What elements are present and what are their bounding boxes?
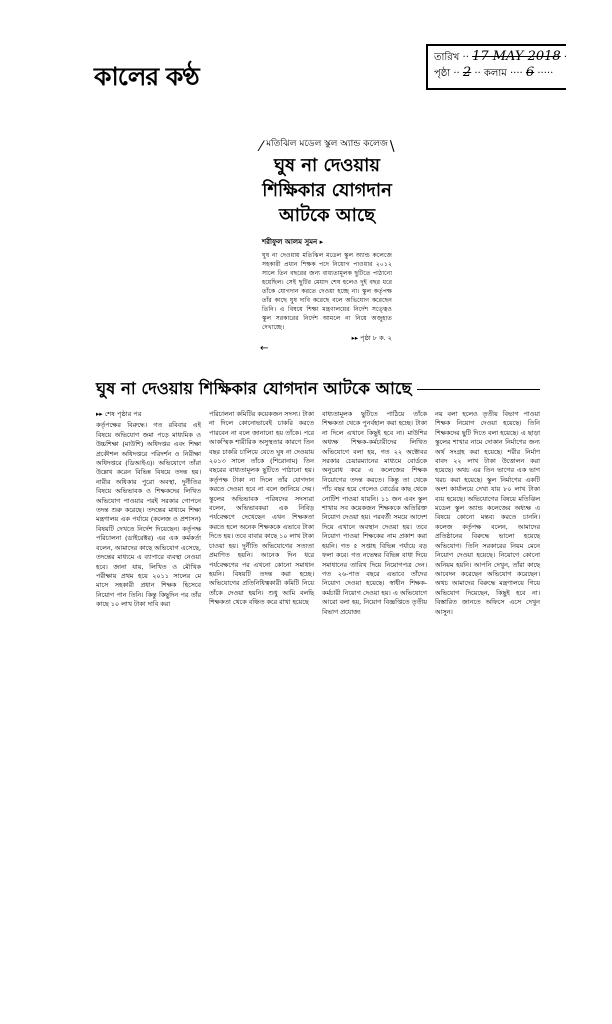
stamp-column-value: 6 (526, 65, 534, 80)
stamp-page-value: 2 (463, 65, 471, 80)
column-text: নয় বলা হলেও তৃতীয় বিভাগ পাওয়া শিক্ষক … (435, 410, 540, 617)
article-header: ঘুষ না দেওয়ায় শিক্ষিকার যোগদান আটকে আছ… (96, 376, 540, 403)
column-text: বাধ্যতামূলক ছুটিতে পাঠিয়ে তাঁকে শিক্ষকত… (322, 410, 427, 617)
title-rule-divider (417, 389, 540, 390)
clip-mark-left-icon: ⁄ (260, 140, 262, 154)
clip-mark-right-icon: ∖ (387, 140, 396, 154)
stamp-date-label: তারিখ (434, 52, 459, 63)
newspaper-masthead: কালের কণ্ঠ (94, 62, 199, 92)
front-page-teaser: ⁄ ∖ মতিঝিল মডেল স্কুল অ্যান্ড কলেজ ঘুষ ন… (262, 132, 392, 344)
teaser-jump-reference: ▸▸ পৃষ্ঠা ৮ ক. ২ (262, 333, 392, 344)
continued-from-label: ▸▸ শেষ পৃষ্ঠার পর (96, 410, 201, 419)
teaser-byline: শরীফুল আলম সুমন ▸ (262, 236, 392, 248)
article-column-4: নয় বলা হলেও তৃতীয় বিভাগ পাওয়া শিক্ষক … (435, 410, 540, 617)
column-text: কর্তৃপক্ষের বিরুদ্ধে। গত রবিবার এই বিষয়… (96, 421, 201, 609)
teaser-headline: ঘুষ না দেওয়ায় শিক্ষিকার যোগদান আটকে আছ… (262, 153, 392, 228)
stamp-page-label: পৃষ্ঠা (434, 68, 450, 79)
article-column-3: বাধ্যতামূলক ছুটিতে পাঠিয়ে তাঁকে শিক্ষকত… (322, 410, 427, 617)
stamp-date-value: 17 MAY 2018 (472, 49, 561, 64)
article-title: ঘুষ না দেওয়ায় শিক্ষিকার যোগদান আটকে আছ… (96, 376, 411, 403)
stamp-page-row: পৃষ্ঠা ·· 2 ·· কলাম ···· 6 ····· (434, 65, 566, 81)
arrow-left-icon: ← (260, 343, 268, 354)
teaser-body: ঘুষ না দেওয়ায় মতিঝিল মডেল স্কুল অ্যান্… (262, 251, 392, 332)
article-column-1: ▸▸ শেষ পৃষ্ঠার পর কর্তৃপক্ষের বিরুদ্ধে। … (96, 410, 201, 617)
stamp-date-row: তারিখ ·· 17 MAY 2018 ······ (434, 49, 566, 65)
teaser-kicker: মতিঝিল মডেল স্কুল অ্যান্ড কলেজ (262, 138, 392, 151)
article-body: ▸▸ শেষ পৃষ্ঠার পর কর্তৃপক্ষের বিরুদ্ধে। … (96, 410, 540, 617)
clipping-date-stamp: তারিখ ·· 17 MAY 2018 ······ পৃষ্ঠা ·· 2 … (426, 44, 566, 90)
column-text: পরিচালনা কমিটির কয়েকজন সদস্য। টাকা না দ… (209, 410, 314, 608)
article-column-2: পরিচালনা কমিটির কয়েকজন সদস্য। টাকা না দ… (209, 410, 314, 617)
stamp-column-label: কলাম (484, 68, 507, 79)
